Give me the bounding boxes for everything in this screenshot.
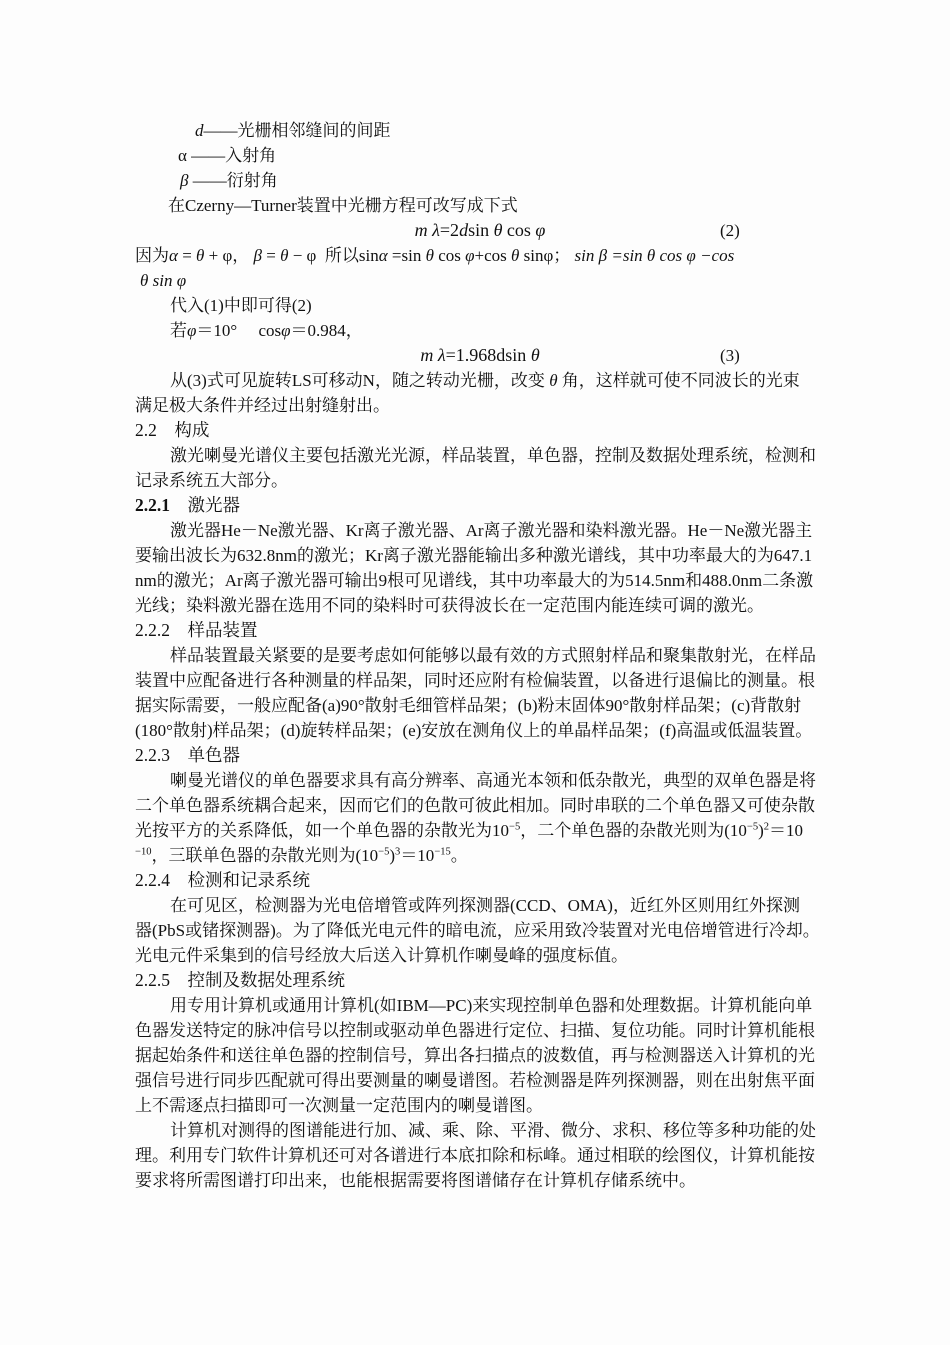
text-segment: 2.2.4 检测和记录系统 (135, 870, 310, 890)
text-segment: θ (531, 345, 540, 365)
text-line: 二个单色器系统耦合起来，因而它们的色散可彼此相加。同时串联的二个单色器又可使杂散 (135, 793, 825, 818)
text-segment: α (379, 246, 388, 265)
text-line: 据起始条件和送往单色器的控制信号，算出各扫描点的波数值，再与检测器送入计算机的光 (135, 1043, 825, 1068)
text-line: 装置中应配备进行各种测量的样品架，同时还应附有检偏装置，以备进行退偏比的测量。根 (135, 668, 825, 693)
equation-number: (2) (720, 218, 740, 243)
text-segment: 在可见区，检测器为光电倍增管或阵列探测器(CCD、OMA)，近红外区则用红外探测 (170, 896, 800, 915)
text-segment: 二个单色器系统耦合起来，因而它们的色散可彼此相加。同时串联的二个单色器又可使杂散 (135, 796, 815, 815)
text-segment: ，三联单色器的杂散光则为(10 (151, 846, 378, 865)
text-line: 在可见区，检测器为光电倍增管或阵列探测器(CCD、OMA)，近红外区则用红外探测 (135, 893, 825, 918)
text-segment: sin β =sin θ cos φ −cos (575, 246, 735, 265)
text-segment: θ sin φ (140, 271, 186, 290)
text-line: 据实际需要，一般应配备(a)90°散射毛细管样品架；(b)粉末固体90°散射样品… (135, 693, 825, 718)
section-heading: 2.2.2 样品装置 (135, 618, 825, 643)
section-heading: 2.2.3 单色器 (135, 743, 825, 768)
text-segment: 激光器 (170, 495, 240, 515)
section-heading: 2.2.5 控制及数据处理系统 (135, 968, 825, 993)
text-line: (180°散射)样品架；(d)旋转样品架；(e)安放在测角仪上的单晶样品架；(f… (135, 718, 825, 743)
text-line: 理。利用专门软件计算机还可对各谱进行本底扣除和标峰。通过相联的绘图仪，计算机能按 (135, 1143, 825, 1168)
text-segment: −10 (135, 846, 151, 857)
text-line: 喇曼光谱仪的单色器要求具有高分辨率、高通光本领和低杂散光，典型的双单色器是将 (135, 768, 825, 793)
text-segment: β (254, 246, 262, 265)
text-segment: 色器发送特定的脉冲信号以控制或驱动单色器进行定位、扫描、复位功能。同时计算机能根 (135, 1021, 815, 1040)
text-segment: 理。利用专门软件计算机还可对各谱进行本底扣除和标峰。通过相联的绘图仪，计算机能按 (135, 1146, 815, 1165)
text-segment: 角，这样就可使不同波长的光束 (558, 371, 800, 390)
text-segment: m λ (420, 345, 445, 365)
text-line: 色器发送特定的脉冲信号以控制或驱动单色器进行定位、扫描、复位功能。同时计算机能根 (135, 1018, 825, 1043)
text-segment: 代入(1)中即可得(2) (170, 296, 312, 315)
text-segment: d (195, 121, 204, 140)
text-segment: 据实际需要，一般应配备(a)90°散射毛细管样品架；(b)粉末固体90°散射样品… (135, 696, 801, 715)
text-segment: θ (549, 371, 557, 390)
text-line: α ——入射角 (135, 143, 825, 168)
equation-number: (3) (720, 343, 740, 368)
text-segment: = (262, 246, 280, 265)
text-line: 若φ＝10° cosφ＝0.984， (135, 318, 825, 343)
text-line: 光电元件采集到的信号经放大后送入计算机作喇曼峰的强度标值。 (135, 943, 825, 968)
text-segment: 2.2.5 控制及数据处理系统 (135, 970, 345, 990)
text-segment: 从(3)式可见旋转LS可移动N，随之转动光栅，改变 (170, 371, 549, 390)
text-segment: α (169, 246, 178, 265)
text-segment: sinφ； (519, 246, 574, 265)
text-line: 满足极大条件并经过出射缝射出。 (135, 393, 825, 418)
text-segment: 器(PbS或锗探测器)。为了降低光电元件的暗电流，应采用致冷装置对光电倍增管进行… (135, 921, 820, 940)
text-segment: 光电元件采集到的信号经放大后送入计算机作喇曼峰的强度标值。 (135, 946, 628, 965)
text-segment: 强信号进行同步匹配就可得出要测量的喇曼谱图。若检测器是阵列探测器，则在出射焦平面 (135, 1071, 815, 1090)
text-segment: 2.2 构成 (135, 420, 209, 440)
text-segment: 在Czerny—Turner装置中光栅方程可改写成下式 (168, 196, 518, 215)
text-segment: sin (468, 220, 494, 240)
text-line: d——光栅相邻缝间的间距 (135, 118, 825, 143)
text-line: 用专用计算机或通用计算机(如IBM—PC)来实现控制单色器和处理数据。计算机能向… (135, 993, 825, 1018)
text-segment: = (178, 246, 196, 265)
section-heading: 2.2.1 激光器 (135, 493, 825, 518)
text-segment: m λ (415, 220, 440, 240)
section-heading: 2.2 构成 (135, 418, 825, 443)
text-segment: 2.2.3 单色器 (135, 745, 240, 765)
text-segment: 若 (170, 321, 187, 340)
text-line: 在Czerny—Turner装置中光栅方程可改写成下式 (135, 193, 825, 218)
text-segment: ——光栅相邻缝间的间距 (204, 121, 391, 140)
text-segment: −5 (747, 821, 758, 832)
text-segment: =2 (440, 220, 459, 240)
text-line: 强信号进行同步匹配就可得出要测量的喇曼谱图。若检测器是阵列探测器，则在出射焦平面 (135, 1068, 825, 1093)
text-line: 激光喇曼光谱仪主要包括激光光源，样品装置，单色器，控制及数据处理系统，检测和 (135, 443, 825, 468)
text-line: 记录系统五大部分。 (135, 468, 825, 493)
text-segment: 因为 (135, 246, 169, 265)
text-segment: =sin (388, 246, 426, 265)
text-line: β ——衍射角 (135, 168, 825, 193)
formula-line: m λ=1.968dsin θ(3) (135, 343, 825, 368)
text-line: 代入(1)中即可得(2) (135, 293, 825, 318)
text-segment: 2.2.1 (135, 495, 170, 515)
text-segment: 激光器He－Ne激光器、Kr离子激光器、Ar离子激光器和染料激光器。He－Ne激… (170, 521, 812, 540)
text-line: nm的激光；Ar离子激光器可输出9根可见谱线，其中功率最大的为514.5nm和4… (135, 568, 825, 593)
text-segment: 记录系统五大部分。 (135, 471, 288, 490)
text-segment: ＝10° cos (196, 321, 281, 340)
text-segment: φ (465, 246, 474, 265)
text-segment: − φ 所以sin (288, 246, 378, 265)
text-segment: (180°散射)样品架；(d)旋转样品架；(e)安放在测角仪上的单晶样品架；(f… (135, 721, 812, 740)
text-segment: 光按平方的关系降低，如一个单色器的杂散光为10 (135, 821, 509, 840)
text-segment: d (459, 220, 468, 240)
text-segment: +cos (475, 246, 512, 265)
text-segment: 。 (451, 846, 468, 865)
text-segment: 上不需逐点扫描即可一次测量一定范围内的喇曼谱图。 (135, 1096, 543, 1115)
text-segment: 满足极大条件并经过出射缝射出。 (135, 396, 390, 415)
text-segment: ＝0.984， (291, 321, 363, 340)
text-line: 器(PbS或锗探测器)。为了降低光电元件的暗电流，应采用致冷装置对光电倍增管进行… (135, 918, 825, 943)
text-segment: cos (502, 220, 535, 240)
text-line: θ sin φ (135, 268, 825, 293)
text-segment: 激光喇曼光谱仪主要包括激光光源，样品装置，单色器，控制及数据处理系统，检测和 (170, 446, 816, 465)
text-line: 因为α = θ + φ， β = θ − φ 所以sinα =sin θ cos… (135, 243, 825, 268)
text-segment: θ (426, 246, 434, 265)
text-segment: 要求将所需图谱打印出来，也能根据需要将图谱储存在计算机存储系统中。 (135, 1171, 696, 1190)
text-segment: 计算机对测得的图谱能进行加、减、乘、除、平滑、微分、求积、移位等多种功能的处 (170, 1121, 816, 1140)
text-segment: ＝10 (769, 821, 803, 840)
text-segment: φ (187, 321, 196, 340)
section-heading: 2.2.4 检测和记录系统 (135, 868, 825, 893)
text-segment: ——衍射角 (188, 171, 277, 190)
text-segment: φ (535, 220, 545, 240)
text-line: 要求将所需图谱打印出来，也能根据需要将图谱储存在计算机存储系统中。 (135, 1168, 825, 1193)
text-segment: ＝10 (400, 846, 434, 865)
text-segment: ，二个单色器的杂散光则为(10 (520, 821, 747, 840)
text-segment: 光线；染料激光器在选用不同的染料时可获得波长在一定范围内能连续可调的激光。 (135, 596, 764, 615)
text-segment: 喇曼光谱仪的单色器要求具有高分辨率、高通光本领和低杂散光，典型的双单色器是将 (170, 771, 816, 790)
text-line: 从(3)式可见旋转LS可移动N，随之转动光栅，改变 θ 角，这样就可使不同波长的… (135, 368, 825, 393)
text-segment: cos (434, 246, 465, 265)
text-segment: 2.2.2 样品装置 (135, 620, 258, 640)
text-line: 光按平方的关系降低，如一个单色器的杂散光为10−5，二个单色器的杂散光则为(10… (135, 818, 825, 843)
text-line: 激光器He－Ne激光器、Kr离子激光器、Ar离子激光器和染料激光器。He－Ne激… (135, 518, 825, 543)
text-segment: −5 (509, 821, 520, 832)
text-line: 样品装置最关紧要的是要考虑如何能够以最有效的方式照射样品和聚集散射光，在样品 (135, 643, 825, 668)
text-segment: nm的激光；Ar离子激光器可输出9根可见谱线，其中功率最大的为514.5nm和4… (135, 571, 813, 590)
text-segment: φ (281, 321, 290, 340)
text-segment: 装置中应配备进行各种测量的样品架，同时还应附有检偏装置，以备进行退偏比的测量。根 (135, 671, 815, 690)
document-page: d——光栅相邻缝间的间距α ——入射角β ——衍射角在Czerny—Turner… (0, 0, 950, 1345)
document-body: d——光栅相邻缝间的间距α ——入射角β ——衍射角在Czerny—Turner… (135, 118, 825, 1193)
text-line: 要输出波长为632.8nm的激光；Kr离子激光器能输出多种激光谱线，其中功率最大… (135, 543, 825, 568)
text-segment: + φ， (204, 246, 253, 265)
text-segment: α ——入射角 (178, 146, 276, 165)
text-segment: 样品装置最关紧要的是要考虑如何能够以最有效的方式照射样品和聚集散射光，在样品 (170, 646, 816, 665)
text-line: −10，三联单色器的杂散光则为(10−5)3＝10−15。 (135, 843, 825, 868)
text-line: 上不需逐点扫描即可一次测量一定范围内的喇曼谱图。 (135, 1093, 825, 1118)
text-segment: 据起始条件和送往单色器的控制信号，算出各扫描点的波数值，再与检测器送入计算机的光 (135, 1046, 815, 1065)
text-line: 计算机对测得的图谱能进行加、减、乘、除、平滑、微分、求积、移位等多种功能的处 (135, 1118, 825, 1143)
text-line: 光线；染料激光器在选用不同的染料时可获得波长在一定范围内能连续可调的激光。 (135, 593, 825, 618)
text-segment: −15 (434, 846, 450, 857)
text-segment: −5 (378, 846, 389, 857)
text-segment: 用专用计算机或通用计算机(如IBM—PC)来实现控制单色器和处理数据。计算机能向… (170, 996, 812, 1015)
formula-line: m λ=2dsin θ cos φ(2) (135, 218, 825, 243)
text-segment: =1.968dsin (446, 345, 531, 365)
text-segment: 要输出波长为632.8nm的激光；Kr离子激光器能输出多种激光谱线，其中功率最大… (135, 546, 812, 565)
